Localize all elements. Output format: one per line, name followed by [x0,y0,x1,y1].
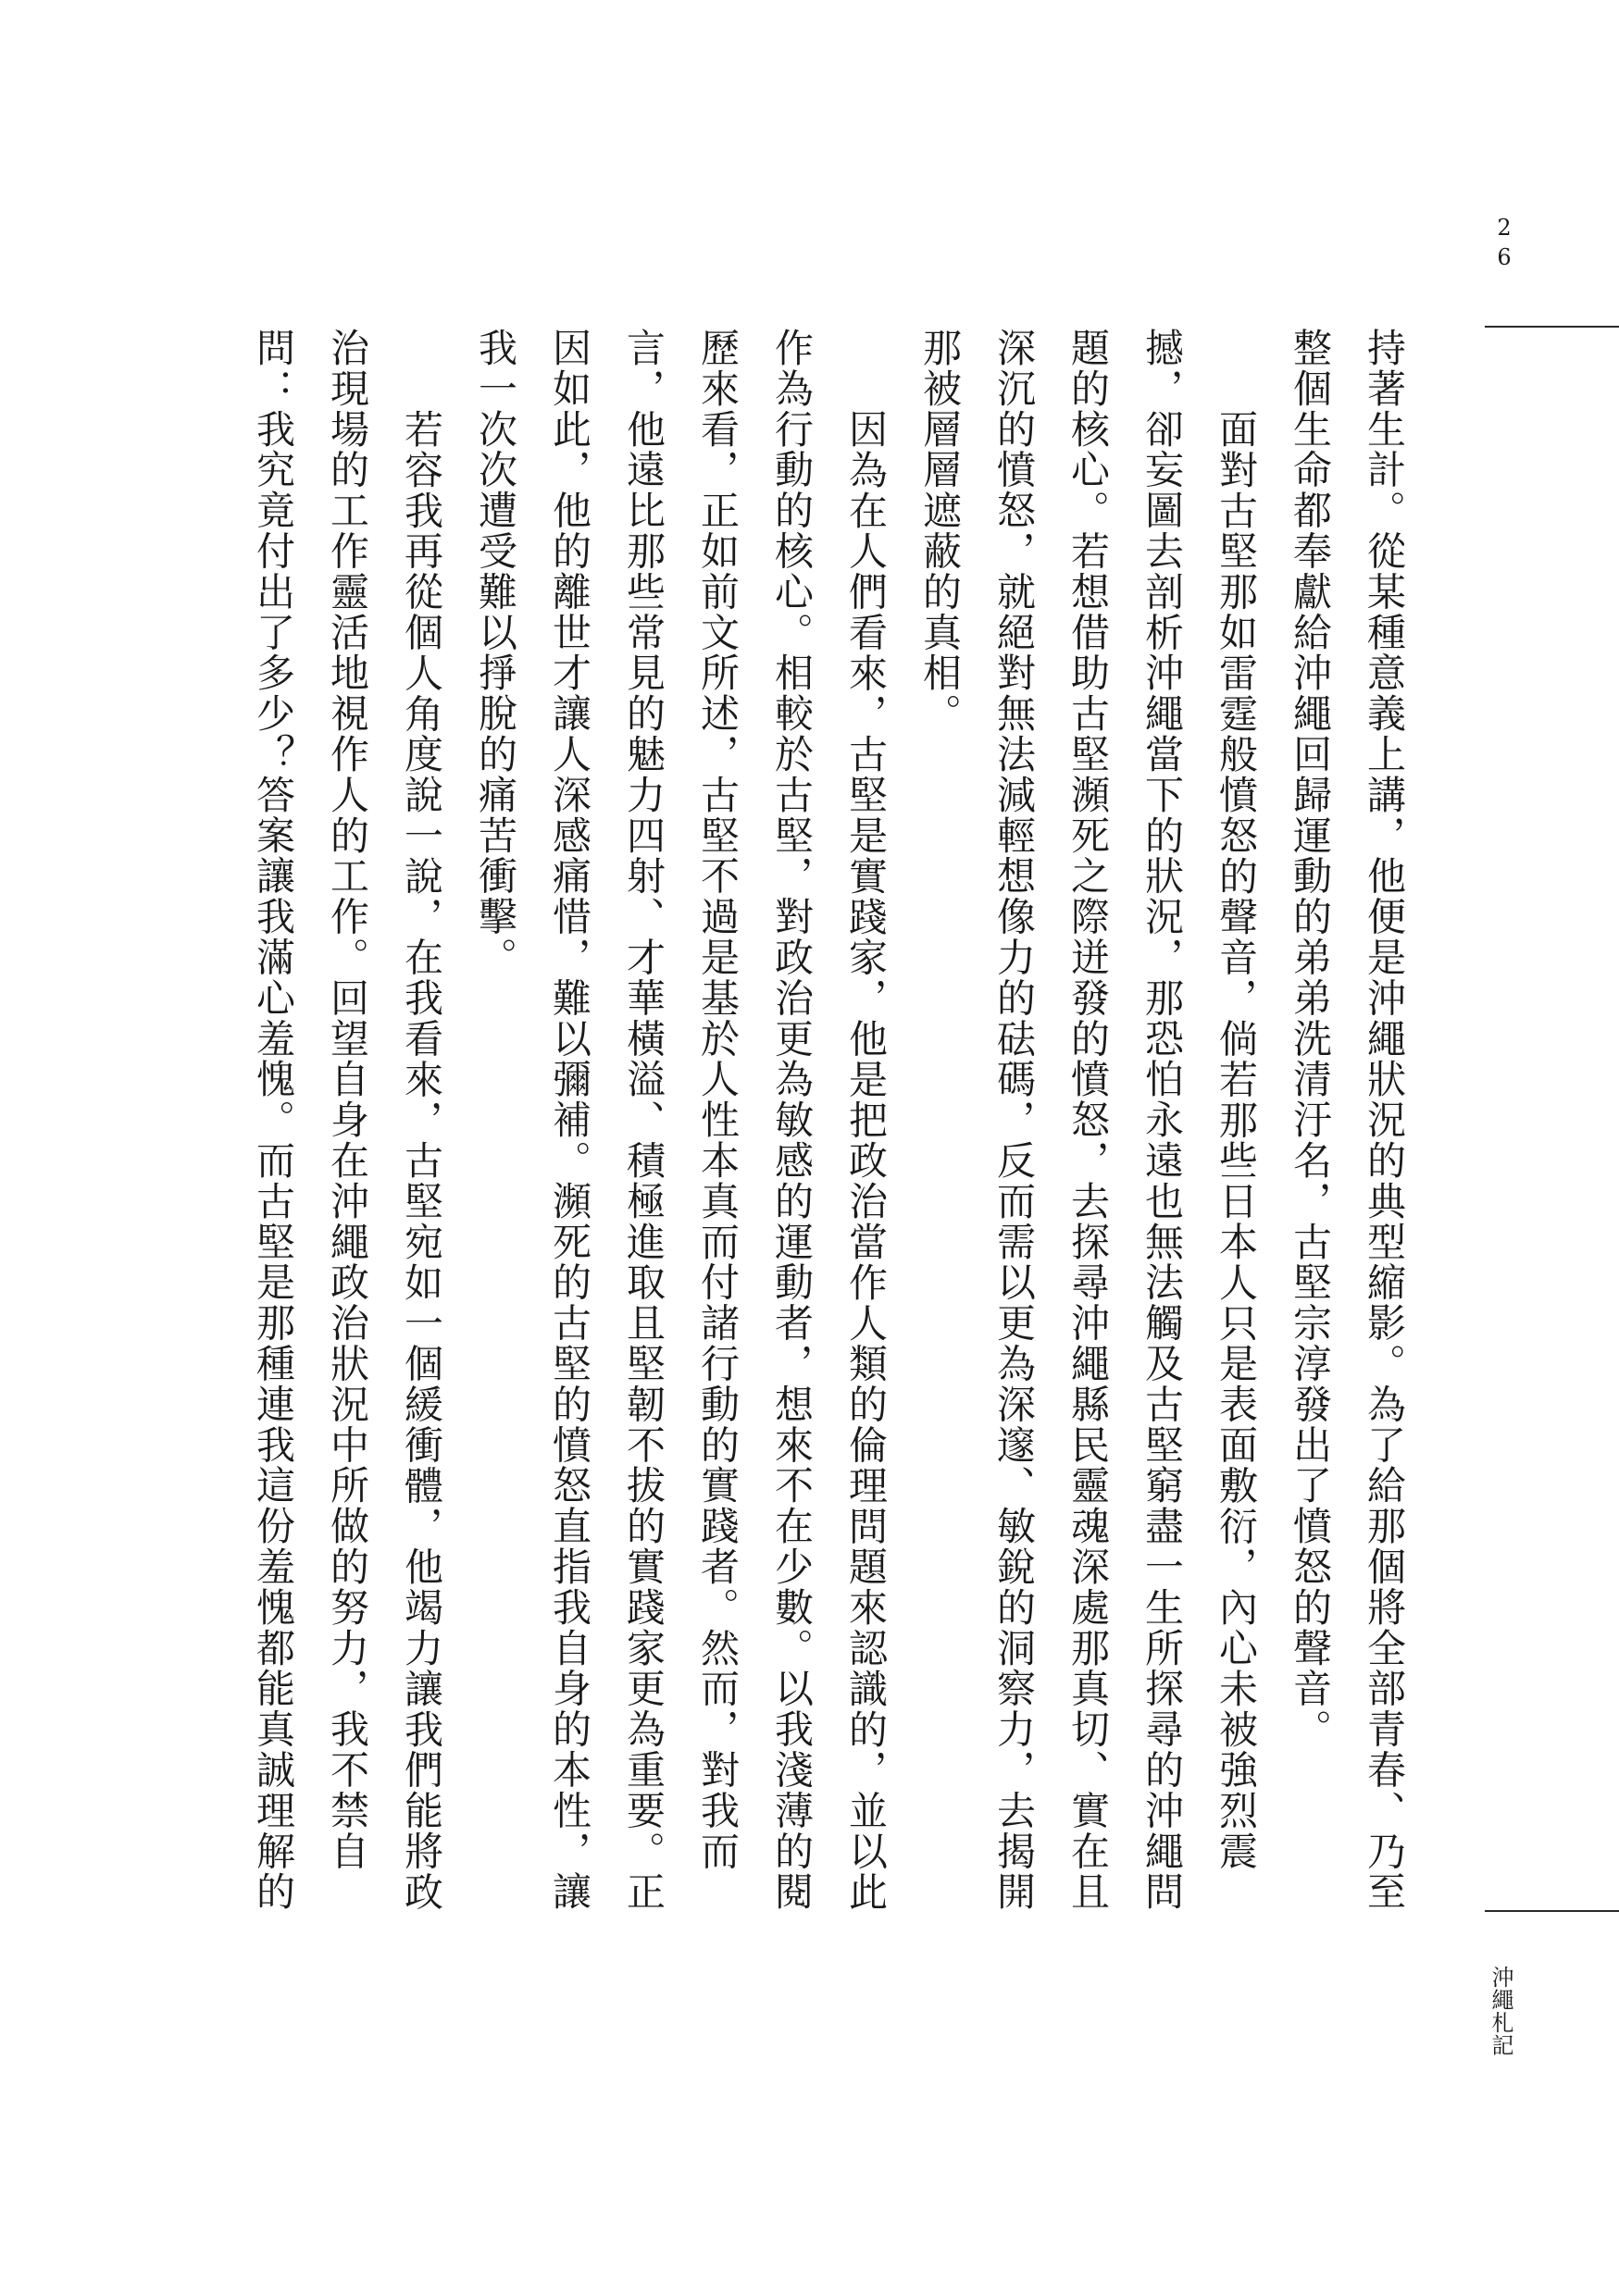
body-text: 持著生計。從某種意義上講，他便是沖繩狀況的典型縮影。為了給那個將全部青春、乃至整… [236,328,1421,1919]
text-column: 作為行動的核心。相較於古堅，對政治更為敏感的運動者，想來不在少數。以我淺薄的閱 [754,328,828,1919]
text-column: 歷來看，正如前文所述，古堅不過是基於人性本真而付諸行動的實踐者。然而，對我而 [680,328,754,1919]
text-column: 面對古堅那如雷霆般憤怒的聲音，倘若那些日本人只是表面敷衍，內心未被強烈震 [1199,328,1273,1919]
text-column: 我一次次遭受難以掙脫的痛苦衝擊。 [458,328,532,1919]
margin-rule-top [1485,326,1619,328]
page-number: 26 [1492,215,1516,274]
text-column: 持著生計。從某種意義上講，他便是沖繩狀況的典型縮影。為了給那個將全部青春、乃至 [1347,328,1421,1919]
text-column: 因如此，他的離世才讓人深感痛惜，難以彌補。瀕死的古堅的憤怒直指我自身的本性，讓 [532,328,606,1919]
paragraph: 若容我再從個人角度說一說，在我看來，古堅宛如一個緩衝體，他竭力讓我們能將政治現場… [236,328,458,1919]
paragraph: 面對古堅那如雷霆般憤怒的聲音，倘若那些日本人只是表面敷衍，內心未被強烈震撼，卻妄… [903,328,1273,1919]
text-column: 因為在人們看來，古堅是實踐家，他是把政治當作人類的倫理問題來認識的，並以此 [828,328,903,1919]
running-title: 沖繩札記 [1487,1966,1514,2056]
text-column: 那被層層遮蔽的真相。 [903,328,977,1919]
text-column: 題的核心。若想借助古堅瀕死之際迸發的憤怒，去探尋沖繩縣民靈魂深處那真切、實在且 [1051,328,1125,1919]
text-column: 撼，卻妄圖去剖析沖繩當下的狀況，那恐怕永遠也無法觸及古堅窮盡一生所探尋的沖繩問 [1125,328,1199,1919]
text-column: 深沉的憤怒，就絕對無法減輕想像力的砝碼，反而需以更為深邃、敏銳的洞察力，去揭開 [977,328,1051,1919]
text-column: 治現場的工作靈活地視作人的工作。回望自身在沖繩政治狀況中所做的努力，我不禁自 [310,328,384,1919]
text-column: 言，他遠比那些常見的魅力四射、才華橫溢、積極進取且堅韌不拔的實踐家更為重要。正 [606,328,680,1919]
margin-rule-bottom [1485,1910,1619,1912]
book-page: 26 持著生計。從某種意義上講，他便是沖繩狀況的典型縮影。為了給那個將全部青春、… [0,0,1619,2296]
paragraph: 持著生計。從某種意義上講，他便是沖繩狀況的典型縮影。為了給那個將全部青春、乃至整… [1273,328,1421,1919]
text-column: 問：我究竟付出了多少？答案讓我滿心羞愧。而古堅是那種連我這份羞愧都能真誠理解的 [236,328,310,1919]
text-column: 若容我再從個人角度說一說，在我看來，古堅宛如一個緩衝體，他竭力讓我們能將政 [384,328,458,1919]
paragraph: 因為在人們看來，古堅是實踐家，他是把政治當作人類的倫理問題來認識的，並以此作為行… [458,328,903,1919]
text-column: 整個生命都奉獻給沖繩回歸運動的弟弟洗清汙名，古堅宗淳發出了憤怒的聲音。 [1273,328,1347,1919]
